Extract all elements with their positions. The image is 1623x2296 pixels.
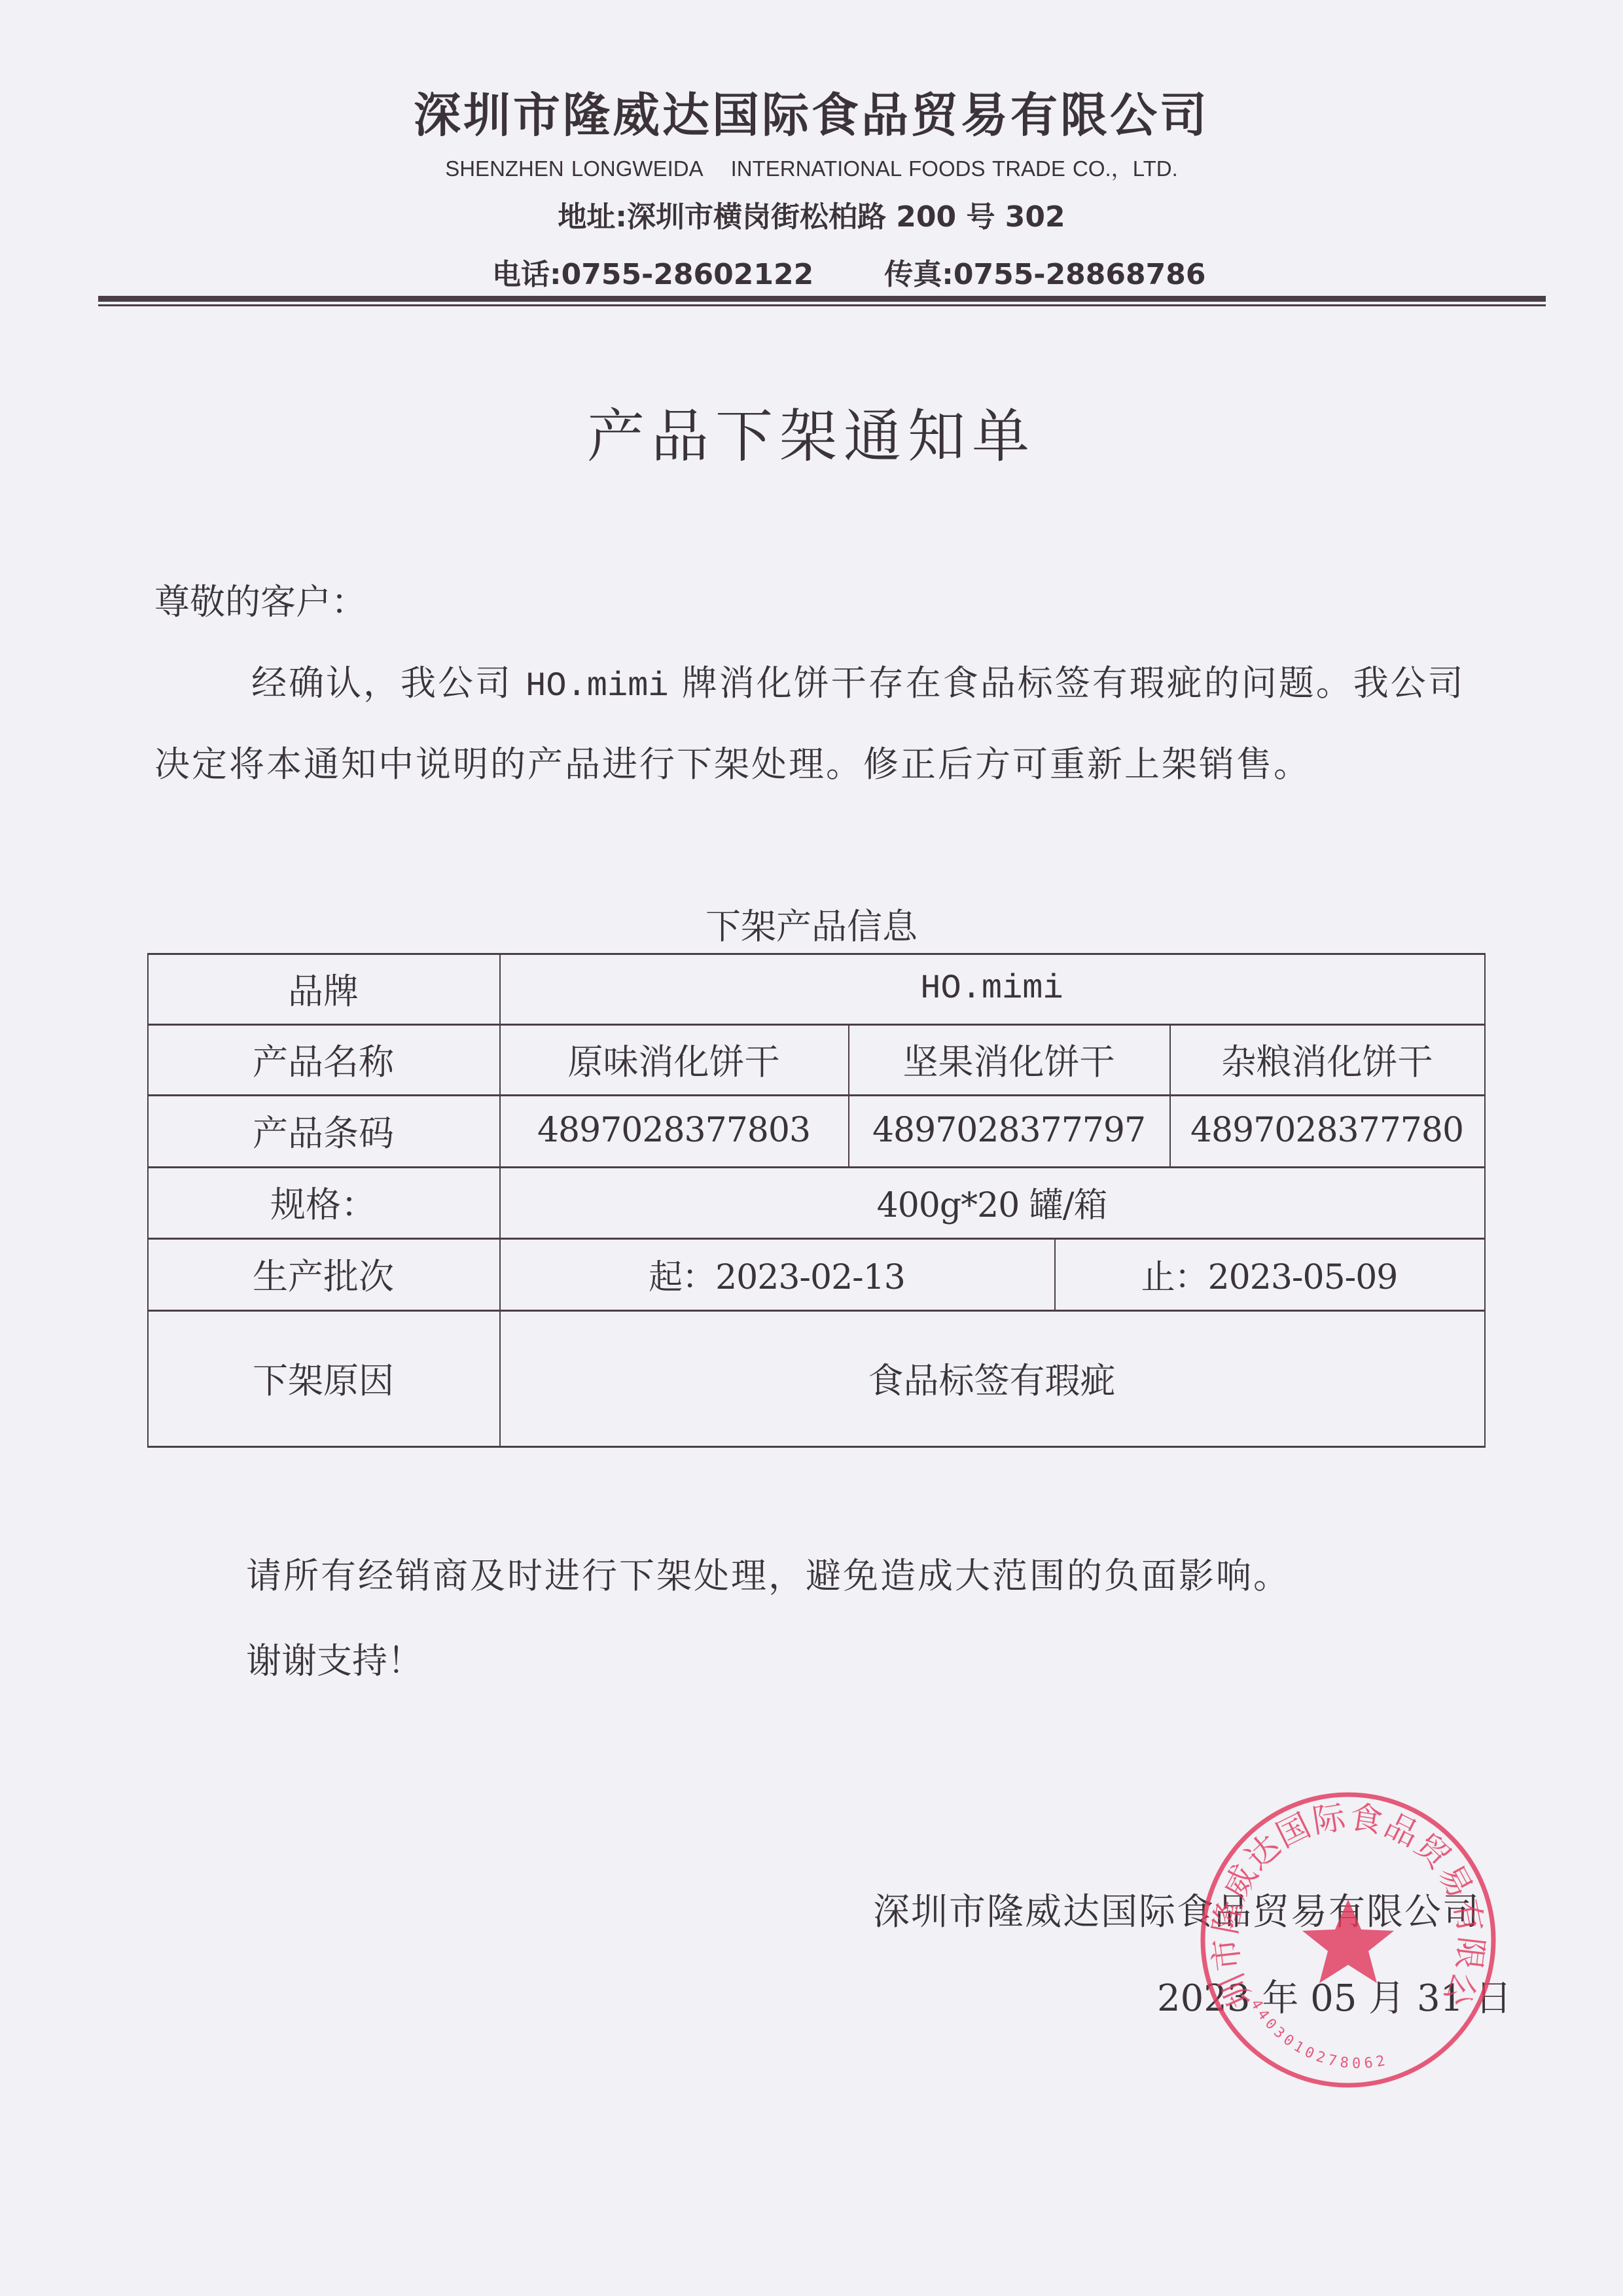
notice-paragraph-line-1: 经确认，我公司 HO.mimi 牌消化饼干存在食品标签有瑕疵的问题。我公司	[251, 660, 1465, 710]
signature-date: 2023 年 05 月 31 日	[1157, 1975, 1512, 2022]
product-name-cell: 坚果消化饼干	[848, 1024, 1169, 1094]
spec-value: 400g*20 罐/箱	[499, 1166, 1484, 1238]
product-name-cell: 杂粮消化饼干	[1169, 1024, 1484, 1094]
company-seal-stamp-icon: 深圳市隆威达国际食品贸易有限公司 4403010278062	[1198, 1789, 1499, 2090]
product-name-cell: 原味消化饼干	[499, 1024, 848, 1094]
company-en-part2: INTERNATIONAL FOODS TRADE CO.，LTD.	[731, 156, 1178, 181]
reason-value: 食品标签有瑕疵	[499, 1310, 1484, 1446]
letterhead-fax: 传真:0755-28868786	[884, 254, 1205, 296]
barcode-cell: 4897028377780	[1169, 1094, 1484, 1166]
barcode-cell: 4897028377797	[848, 1094, 1169, 1166]
letterhead-address: 地址:深圳市横岗街松柏路 200 号 302	[0, 196, 1623, 238]
letterhead-rule-thick	[98, 296, 1546, 302]
closing-request: 请所有经销商及时进行下架处理，避免造成大范围的负面影响。	[246, 1552, 1291, 1600]
letterhead-contact: 电话:0755-28602122传真:0755-28868786	[492, 254, 1206, 296]
row-label-product-name: 产品名称	[147, 1024, 499, 1094]
letterhead-company-name-cn: 深圳市隆威达国际食品贸易有限公司	[0, 84, 1623, 147]
barcode-cell: 4897028377803	[499, 1094, 848, 1166]
letterhead-phone: 电话:0755-28602122	[492, 258, 813, 291]
signature-company: 深圳市隆威达国际食品贸易有限公司	[873, 1889, 1480, 1936]
recall-product-table: 品牌 HO.mimi 产品名称 原味消化饼干 坚果消化饼干 杂粮消化饼干 产品条…	[147, 953, 1486, 1448]
paragraph-suffix: 牌消化饼干存在食品标签有瑕疵的问题。我公司	[669, 662, 1465, 704]
row-label-reason: 下架原因	[147, 1310, 499, 1446]
batch-to: 止：2023-05-09	[1054, 1238, 1484, 1310]
paragraph-prefix: 经确认，我公司	[251, 662, 526, 704]
closing-thanks: 谢谢支持！	[246, 1638, 423, 1685]
batch-from: 起：2023-02-13	[499, 1238, 1054, 1310]
row-label-barcode: 产品条码	[147, 1094, 499, 1166]
row-label-spec: 规格：	[147, 1166, 499, 1238]
table-caption: 下架产品信息	[0, 903, 1623, 950]
company-en-part1: SHENZHEN LONGWEIDA	[445, 156, 703, 181]
brand-inline: HO.mimi	[526, 667, 668, 706]
letterhead-rule-thin	[98, 304, 1546, 306]
document-title: 产品下架通知单	[0, 401, 1623, 473]
row-label-batch: 生产批次	[147, 1238, 499, 1310]
table-border-bottom	[147, 1446, 1486, 1448]
table-border-right	[1484, 953, 1486, 1448]
brand-value: HO.mimi	[499, 953, 1484, 1024]
notice-paragraph-line-2: 决定将本通知中说明的产品进行下架处理。修正后方可重新上架销售。	[154, 741, 1311, 788]
greeting: 尊敬的客户：	[154, 579, 366, 626]
row-label-brand: 品牌	[147, 953, 499, 1024]
letterhead-company-name-en: SHENZHEN LONGWEIDAINTERNATIONAL FOODS TR…	[0, 154, 1623, 183]
